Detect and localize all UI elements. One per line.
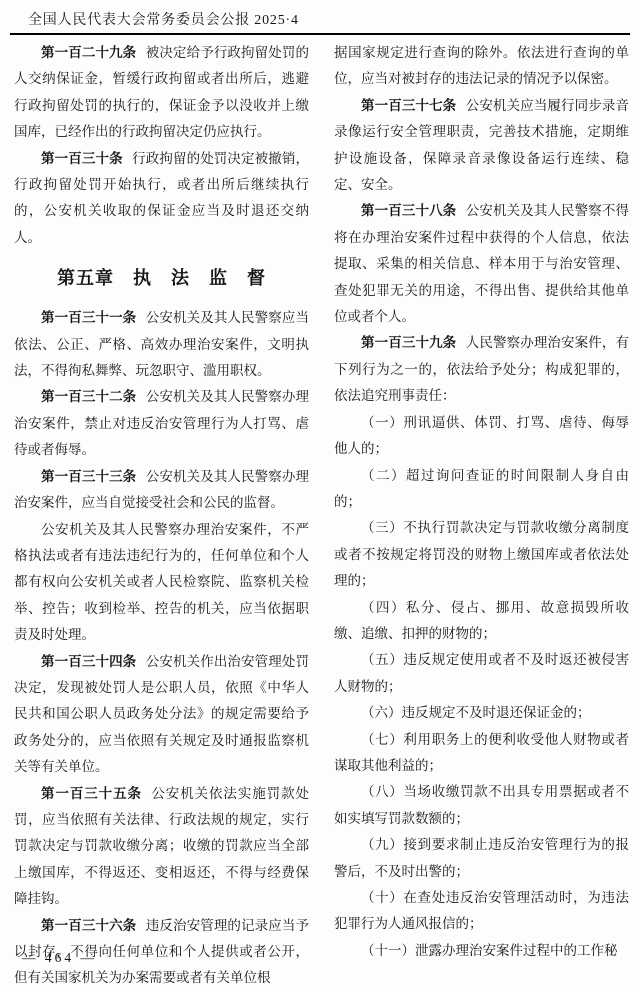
clause-item-3-text: （三）不执行罚款决定与罚款收缴分离制度或者不按规定将罚没的财物上缴国库或者依法处… xyxy=(334,520,629,588)
running-head-title: 全国人民代表大会常务委员会公报 2025·4 xyxy=(28,9,299,29)
article-135-number: 第一百三十五条 xyxy=(41,786,142,801)
clause-item-8-text: （八）当场收缴罚款不出具专用票据或者不如实填写罚款数额的； xyxy=(334,784,629,825)
page-number: — 464 — xyxy=(22,950,97,966)
article-130-paragraph: 第一百三十条行政拘留的处罚决定被撤销，行政拘留处罚开始执行，或者出所后继续执行的… xyxy=(14,146,309,252)
article-130-number: 第一百三十条 xyxy=(41,151,123,166)
article-131-number: 第一百三十一条 xyxy=(41,310,136,325)
article-135-text: 公安机关依法实施罚款处罚，应当依照有关法律、行政法规的规定，实行罚款决定与罚款收… xyxy=(14,786,309,907)
clause-item-2: （二）超过询问查证的时间限制人身自由的； xyxy=(334,463,629,516)
article-138-number: 第一百三十八条 xyxy=(361,203,456,218)
article-129-number: 第一百二十九条 xyxy=(41,45,136,60)
clause-item-2-text: （二）超过询问查证的时间限制人身自由的； xyxy=(334,468,629,509)
article-139-number: 第一百三十九条 xyxy=(361,335,456,350)
article-136-continuation: 据国家规定进行查询的除外。依法进行查询的单位，应当对被封存的违法记录的情况予以保… xyxy=(334,40,629,93)
article-134-paragraph: 第一百三十四条公安机关作出治安管理处罚决定，发现被处罚人是公职人员，依照《中华人… xyxy=(14,649,309,781)
clause-item-10: （十）在查处违反治安管理活动时，为违法犯罪行为人通风报信的； xyxy=(334,885,629,938)
gazette-document-page: 全国人民代表大会常务委员会公报 2025·4 第一百二十九条被决定给予行政拘留处… xyxy=(0,0,640,986)
article-129-paragraph: 第一百二十九条被决定给予行政拘留处罚的人交纳保证金，暂缓行政拘留或者出所后，逃避… xyxy=(14,40,309,146)
article-139-paragraph: 第一百三十九条人民警察办理治安案件，有下列行为之一的，依法给予处分；构成犯罪的，… xyxy=(334,330,629,409)
article-138-text: 公安机关及其人民警察不得将在办理治安案件过程中获得的个人信息，依法提取、采集的相… xyxy=(334,203,629,324)
clause-item-5: （五）违反规定使用或者不及时返还被侵害人财物的； xyxy=(334,647,629,700)
header-rule xyxy=(10,33,630,35)
clause-item-4: （四）私分、侵占、挪用、故意损毁所收缴、追缴、扣押的财物的； xyxy=(334,595,629,648)
article-134-number: 第一百三十四条 xyxy=(41,654,136,669)
left-column: 第一百二十九条被决定给予行政拘留处罚的人交纳保证金，暂缓行政拘留或者出所后，逃避… xyxy=(14,40,309,986)
article-134-text: 公安机关作出治安管理处罚决定，发现被处罚人是公职人员，依照《中华人民共和国公职人… xyxy=(14,654,309,775)
right-column: 据国家规定进行查询的除外。依法进行查询的单位，应当对被封存的违法记录的情况予以保… xyxy=(334,40,629,986)
article-133-paragraph-2-text: 公安机关及其人民警察办理治安案件，不严格执法或者有违法违纪行为的，任何单位和个人… xyxy=(14,522,309,643)
article-133-paragraph-2: 公安机关及其人民警察办理治安案件，不严格执法或者有违法违纪行为的，任何单位和个人… xyxy=(14,517,309,649)
article-138-paragraph: 第一百三十八条公安机关及其人民警察不得将在办理治安案件过程中获得的个人信息，依法… xyxy=(334,198,629,330)
article-137-number: 第一百三十七条 xyxy=(361,98,456,113)
clause-item-9: （九）接到要求制止违反治安管理行为的报警后，不及时出警的； xyxy=(334,832,629,885)
article-136-continuation-text: 据国家规定进行查询的除外。依法进行查询的单位，应当对被封存的违法记录的情况予以保… xyxy=(334,45,629,86)
clause-item-3: （三）不执行罚款决定与罚款收缴分离制度或者不按规定将罚没的财物上缴国库或者依法处… xyxy=(334,515,629,594)
article-133-paragraph: 第一百三十三条公安机关及其人民警察办理治安案件，应当自觉接受社会和公民的监督。 xyxy=(14,464,309,517)
clause-item-6-text: （六）违反规定不及时退还保证金的； xyxy=(361,705,591,720)
article-135-paragraph: 第一百三十五条公安机关依法实施罚款处罚，应当依照有关法律、行政法规的规定，实行罚… xyxy=(14,781,309,913)
clause-item-5-text: （五）违反规定使用或者不及时返还被侵害人财物的； xyxy=(334,652,629,693)
article-133-number: 第一百三十三条 xyxy=(41,469,136,484)
clause-item-1-text: （一）刑讯逼供、体罚、打骂、虐待、侮辱他人的； xyxy=(334,415,629,456)
clause-item-1: （一）刑讯逼供、体罚、打骂、虐待、侮辱他人的； xyxy=(334,410,629,463)
clause-item-10-text: （十）在查处违反治安管理活动时，为违法犯罪行为人通风报信的； xyxy=(334,890,629,931)
document-body: 第一百二十九条被决定给予行政拘留处罚的人交纳保证金，暂缓行政拘留或者出所后，逃避… xyxy=(14,40,629,986)
clause-item-7: （七）利用职务上的便利收受他人财物或者谋取其他利益的； xyxy=(334,727,629,780)
clause-item-11: （十一）泄露办理治安案件过程中的工作秘 xyxy=(334,938,629,964)
clause-item-11-text: （十一）泄露办理治安案件过程中的工作秘 xyxy=(361,943,618,958)
chapter-heading: 第五章 执 法 监 督 xyxy=(14,263,309,293)
article-136-number: 第一百三十六条 xyxy=(41,918,136,933)
clause-item-4-text: （四）私分、侵占、挪用、故意损毁所收缴、追缴、扣押的财物的； xyxy=(334,600,629,641)
clause-item-6: （六）违反规定不及时退还保证金的； xyxy=(334,700,629,726)
clause-item-9-text: （九）接到要求制止违反治安管理行为的报警后，不及时出警的； xyxy=(334,837,629,878)
article-137-paragraph: 第一百三十七条公安机关应当履行同步录音录像运行安全管理职责，完善技术措施，定期维… xyxy=(334,93,629,199)
clause-item-7-text: （七）利用职务上的便利收受他人财物或者谋取其他利益的； xyxy=(334,732,629,773)
article-132-number: 第一百三十二条 xyxy=(41,389,136,404)
article-132-paragraph: 第一百三十二条公安机关及其人民警察办理治安案件，禁止对违反治安管理行为人打骂、虐… xyxy=(14,384,309,463)
clause-item-8: （八）当场收缴罚款不出具专用票据或者不如实填写罚款数额的； xyxy=(334,779,629,832)
article-131-paragraph: 第一百三十一条公安机关及其人民警察应当依法、公正、严格、高效办理治安案件，文明执… xyxy=(14,305,309,384)
